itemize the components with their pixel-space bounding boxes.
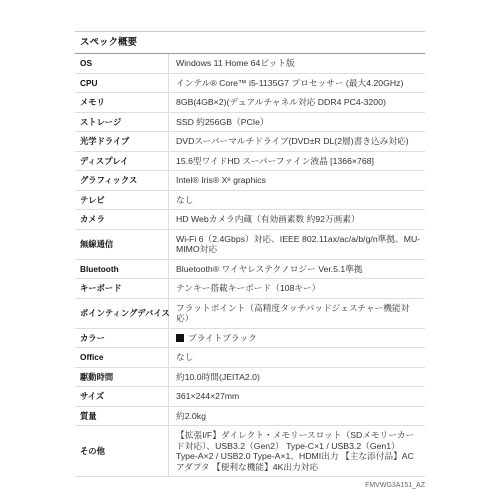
spec-label: メモリ — [75, 93, 169, 113]
spec-value: Bluetooth® ワイヤレステクノロジー Ver.5.1準拠 — [169, 259, 426, 279]
table-row-office: Office なし — [75, 348, 425, 368]
spec-value: Windows 11 Home 64ビット版 — [169, 54, 426, 73]
table-row-battery-life: 駆動時間 約10.0時間(JEITA2.0) — [75, 367, 425, 387]
spec-value: Wi-Fi 6（2.4Gbps）対応、IEEE 802.11ax/ac/a/b/… — [169, 229, 426, 259]
spec-value: 8GB(4GB×2)(デュアルチャネル対応 DDR4 PC4-3200) — [169, 93, 426, 113]
spec-label: 駆動時間 — [75, 367, 169, 387]
spec-label: キーボード — [75, 279, 169, 299]
table-row-wireless: 無線通信 Wi-Fi 6（2.4Gbps）対応、IEEE 802.11ax/ac… — [75, 229, 425, 259]
table-row-other: その他 【拡張I/F】ダイレクト・メモリースロット（SDメモリーカード対応）、U… — [75, 426, 425, 477]
spec-label: 無線通信 — [75, 229, 169, 259]
spec-label: Bluetooth — [75, 259, 169, 279]
spec-label: Office — [75, 348, 169, 368]
spec-sheet-page: スペック概要 OS Windows 11 Home 64ビット版 CPU インテ… — [0, 0, 500, 500]
model-code: FMVWG3A151_AZ — [365, 482, 425, 489]
spec-label: ディスプレイ — [75, 151, 169, 171]
spec-value: Intel® Iris® Xᵉ graphics — [169, 171, 426, 191]
table-row-camera: カメラ HD Webカメラ内蔵（有効画素数 約92万画素） — [75, 210, 425, 230]
spec-label: ポインティングデバイス — [75, 298, 169, 328]
spec-value: 15.6型ワイドHD スーパーファイン液晶 [1366×768] — [169, 151, 426, 171]
table-row-graphics: グラフィックス Intel® Iris® Xᵉ graphics — [75, 171, 425, 191]
table-row-optical-drive: 光学ドライブ DVDスーパーマルチドライブ(DVD±R DL(2層)書き込み対応… — [75, 132, 425, 152]
spec-label: CPU — [75, 73, 169, 93]
table-row-pointing-device: ポインティングデバイス フラットポイント（高精度タッチパッドジェスチャー機能対応… — [75, 298, 425, 328]
table-row-keyboard: キーボード テンキー搭載キーボード（108キー） — [75, 279, 425, 299]
spec-value: テンキー搭載キーボード（108キー） — [169, 279, 426, 299]
spec-label: 光学ドライブ — [75, 132, 169, 152]
spec-value: 361×244×27mm — [169, 387, 426, 407]
table-row-color: カラー ブライトブラック — [75, 328, 425, 348]
spec-value: 約2.0kg — [169, 406, 426, 426]
spec-label: テレビ — [75, 190, 169, 210]
spec-label: ストレージ — [75, 112, 169, 132]
spec-value: 約10.0時間(JEITA2.0) — [169, 367, 426, 387]
table-row-storage: ストレージ SSD 約256GB（PCIe） — [75, 112, 425, 132]
spec-table-title: スペック概要 — [75, 31, 425, 54]
table-row-bluetooth: Bluetooth Bluetooth® ワイヤレステクノロジー Ver.5.1… — [75, 259, 425, 279]
table-row-weight: 質量 約2.0kg — [75, 406, 425, 426]
spec-label: OS — [75, 54, 169, 73]
spec-value: SSD 約256GB（PCIe） — [169, 112, 426, 132]
table-row-memory: メモリ 8GB(4GB×2)(デュアルチャネル対応 DDR4 PC4-3200) — [75, 93, 425, 113]
spec-value: フラットポイント（高精度タッチパッドジェスチャー機能対応） — [169, 298, 426, 328]
spec-value: ブライトブラック — [169, 328, 426, 348]
spec-value: インテル® Core™ i5-1135G7 プロセッサー (最大4.20GHz) — [169, 73, 426, 93]
spec-value: HD Webカメラ内蔵（有効画素数 約92万画素） — [169, 210, 426, 230]
spec-value-text: ブライトブラック — [188, 333, 257, 343]
spec-value: 【拡張I/F】ダイレクト・メモリースロット（SDメモリーカード対応）、USB3.… — [169, 426, 426, 477]
spec-rows: OS Windows 11 Home 64ビット版 CPU インテル® Core… — [75, 54, 425, 477]
table-row-os: OS Windows 11 Home 64ビット版 — [75, 54, 425, 73]
spec-value: なし — [169, 348, 426, 368]
spec-table: スペック概要 OS Windows 11 Home 64ビット版 CPU インテ… — [75, 31, 425, 477]
spec-label: カメラ — [75, 210, 169, 230]
table-row-display: ディスプレイ 15.6型ワイドHD スーパーファイン液晶 [1366×768] — [75, 151, 425, 171]
color-swatch-icon — [176, 334, 184, 342]
table-row-cpu: CPU インテル® Core™ i5-1135G7 プロセッサー (最大4.20… — [75, 73, 425, 93]
spec-label: サイズ — [75, 387, 169, 407]
table-row-size: サイズ 361×244×27mm — [75, 387, 425, 407]
spec-label: カラー — [75, 328, 169, 348]
spec-value: なし — [169, 190, 426, 210]
spec-label: グラフィックス — [75, 171, 169, 191]
table-row-tv: テレビ なし — [75, 190, 425, 210]
spec-value: DVDスーパーマルチドライブ(DVD±R DL(2層)書き込み対応) — [169, 132, 426, 152]
spec-label: その他 — [75, 426, 169, 477]
spec-label: 質量 — [75, 406, 169, 426]
